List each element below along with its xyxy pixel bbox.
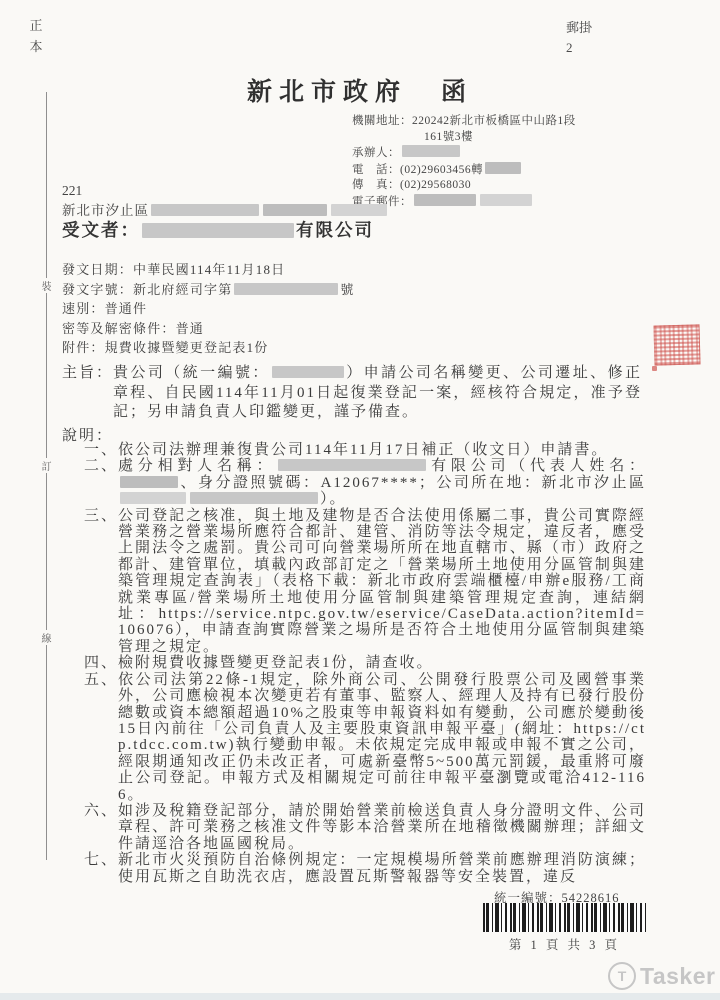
item2-seg4: ）。 bbox=[320, 491, 347, 507]
doc-number-prefix: 新北府經司字第 bbox=[133, 282, 232, 297]
item-text: 處分相對人名稱：有限公司（代表人姓名：、身分證照號碼：A12067****；公司… bbox=[118, 458, 646, 507]
item-number: 六、 bbox=[84, 803, 118, 819]
address-label: 機關地址： bbox=[352, 115, 412, 127]
recipient-name-suffix: 有限公司 bbox=[296, 220, 374, 240]
document-meta-block: 發文日期：中華民國114年11月18日 發文字號：新北府經司字第號 速別：普通件… bbox=[62, 260, 355, 358]
explanation-item-5: 五、 依公司法第22條-1規定，除外商公司、公開發行股票公司及國營事業外，公司應… bbox=[62, 672, 646, 803]
red-seal-ink-speck bbox=[652, 366, 657, 371]
item-text: 公司登記之核准，與土地及建物是否合法使用係屬二事，貴公司實際經營業務之營業場所應… bbox=[118, 508, 646, 656]
explanation-items: 一、 依公司法辦理兼復貴公司114年11月17日補正（收文日）申請書。 二、 處… bbox=[62, 442, 646, 885]
phone-line: 電 話：(02)29603456轉 bbox=[352, 162, 576, 179]
contact-person-label: 承辦人： bbox=[352, 147, 400, 159]
item-number: 一、 bbox=[84, 442, 118, 458]
title-organization: 新北市政府 bbox=[247, 79, 407, 106]
recipient-address-prefix: 新北市汐止區 bbox=[62, 203, 149, 218]
redacted-email-2 bbox=[480, 194, 532, 206]
agency-contact-block: 機關地址：220242新北市板橋區中山路1段 161號3樓 承辦人： 電 話：(… bbox=[352, 114, 576, 210]
item-text: 新北市火災預防自治條例規定：一定規模場所營業前應辦理消防演練；使用瓦斯之自助洗衣… bbox=[118, 852, 646, 885]
attachment-value: 規費收據暨變更登記表1份 bbox=[105, 340, 269, 355]
fax-line: 傳 真：(02)29568030 bbox=[352, 178, 576, 194]
item-text: 依公司法辦理兼復貴公司114年11月17日補正（收文日）申請書。 bbox=[118, 442, 646, 458]
redacted-recipient-address-2 bbox=[263, 204, 327, 216]
redacted-phone-ext bbox=[485, 162, 521, 174]
attachment-label: 附件： bbox=[62, 340, 105, 355]
mail-type-number: 2 bbox=[566, 38, 592, 58]
redacted-company-address-2 bbox=[190, 492, 318, 504]
item-number: 四、 bbox=[84, 655, 118, 671]
copy-type-label: 正本 bbox=[29, 15, 43, 57]
recipient-address-line: 新北市汐止區 bbox=[62, 199, 389, 219]
security-value: 普通 bbox=[176, 321, 204, 336]
explanation-item-1: 一、 依公司法辦理兼復貴公司114年11月17日補正（收文日）申請書。 bbox=[62, 442, 646, 458]
page-number-info: 第 1 頁 共 3 頁 bbox=[483, 935, 646, 953]
doc-number-suffix: 號 bbox=[340, 282, 354, 297]
mail-type-label: 郵掛 bbox=[566, 18, 592, 38]
item2-seg3: 、身分證照號碼：A12067****；公司所在地：新北市汐止區 bbox=[180, 475, 646, 491]
binding-mark-ding: 訂 bbox=[39, 458, 54, 473]
mail-type-block: 郵掛 2 bbox=[566, 18, 592, 58]
item-number: 五、 bbox=[84, 672, 118, 688]
redacted-recipient-name bbox=[142, 223, 294, 238]
attachment-line: 附件：規費收據暨變更登記表1份 bbox=[62, 338, 355, 358]
doc-number-line: 發文字號：新北府經司字第號 bbox=[62, 280, 355, 300]
redacted-party-name bbox=[278, 459, 426, 471]
doc-number-label: 發文字號： bbox=[62, 282, 133, 297]
redacted-contact-person bbox=[402, 145, 460, 157]
subject-block: 主旨： 貴公司（統一編號：）申請公司名稱變更、公司遷址、修正章程、自民國114年… bbox=[62, 364, 642, 423]
issue-date-value: 中華民國114年11月18日 bbox=[133, 262, 285, 277]
item-text: 如涉及稅籍登記部分，請於開始營業前檢送負責人身分證明文件、公司章程、許可業務之核… bbox=[118, 803, 646, 852]
phone-value: (02)29603456轉 bbox=[400, 164, 483, 176]
item2-seg1: 處分相對人名稱： bbox=[118, 458, 276, 474]
document-title: 新北市政府函 bbox=[0, 72, 720, 108]
fax-value: (02)29568030 bbox=[400, 179, 471, 191]
item-number: 二、 bbox=[84, 458, 118, 474]
subject-text-part1: 貴公司（統一編號： bbox=[113, 365, 270, 381]
tasker-watermark: T Tasker bbox=[608, 962, 715, 990]
explanation-item-4: 四、 檢附規費收據暨變更登記表1份，請查收。 bbox=[62, 655, 646, 671]
red-seal-stamp-icon bbox=[653, 324, 700, 365]
redacted-company-address bbox=[120, 492, 186, 504]
redacted-email bbox=[414, 194, 476, 206]
barcode bbox=[483, 903, 646, 932]
fax-label: 傳 真： bbox=[352, 179, 400, 191]
item-text: 依公司法第22條-1規定，除外商公司、公開發行股票公司及國營事業外，公司應檢視本… bbox=[118, 672, 646, 803]
tasker-logo-icon: T bbox=[608, 962, 636, 990]
tasker-logo-text: Tasker bbox=[640, 963, 715, 990]
redacted-recipient-address bbox=[151, 204, 259, 216]
binding-mark-zhuang: 裝 bbox=[39, 278, 54, 293]
contact-person-line: 承辦人： bbox=[352, 145, 576, 162]
speed-value: 普通件 bbox=[105, 301, 148, 316]
address-value: 220242新北市板橋區中山路1段 bbox=[412, 115, 576, 127]
issue-date-line: 發文日期：中華民國114年11月18日 bbox=[62, 260, 355, 280]
redacted-doc-number bbox=[234, 283, 338, 295]
speed-line: 速別：普通件 bbox=[62, 299, 355, 319]
redacted-representative-name bbox=[120, 476, 178, 488]
recipient-postal-code: 221 bbox=[62, 183, 82, 199]
phone-label: 電 話： bbox=[352, 164, 400, 176]
agency-address-line2: 161號3樓 bbox=[352, 130, 576, 146]
speed-label: 速別： bbox=[62, 301, 105, 316]
binding-mark-xian: 線 bbox=[39, 630, 54, 645]
subject-text: 貴公司（統一編號：）申請公司名稱變更、公司遷址、修正章程、自民國114年11月0… bbox=[62, 364, 642, 423]
item-number: 三、 bbox=[84, 508, 118, 524]
redacted-recipient-address-3 bbox=[331, 204, 387, 216]
explanation-item-7: 七、 新北市火災預防自治條例規定：一定規模場所營業前應辦理消防演練；使用瓦斯之自… bbox=[62, 852, 646, 885]
security-label: 密等及解密條件： bbox=[62, 321, 176, 336]
recipient-line: 受文者：有限公司 bbox=[62, 217, 374, 242]
item-number: 七、 bbox=[84, 852, 118, 868]
title-doc-type: 函 bbox=[441, 79, 473, 106]
binding-line bbox=[46, 92, 47, 860]
scan-edge-strip bbox=[0, 993, 720, 1000]
subject-label: 主旨： bbox=[62, 364, 113, 384]
explanation-item-2: 二、 處分相對人名稱：有限公司（代表人姓名：、身分證照號碼：A12067****… bbox=[62, 458, 646, 507]
explanation-item-6: 六、 如涉及稅籍登記部分，請於開始營業前檢送負責人身分證明文件、公司章程、許可業… bbox=[62, 803, 646, 852]
agency-address-line1: 機關地址：220242新北市板橋區中山路1段 bbox=[352, 114, 576, 130]
security-line: 密等及解密條件：普通 bbox=[62, 319, 355, 339]
redacted-uniform-number bbox=[272, 366, 344, 378]
item-text: 檢附規費收據暨變更登記表1份，請查收。 bbox=[118, 655, 646, 671]
recipient-label: 受文者： bbox=[62, 220, 140, 240]
explanation-item-3: 三、 公司登記之核准，與土地及建物是否合法使用係屬二事，貴公司實際經營業務之營業… bbox=[62, 508, 646, 656]
item2-seg2: 有限公司（代表人姓名： bbox=[428, 458, 646, 474]
issue-date-label: 發文日期： bbox=[62, 262, 133, 277]
